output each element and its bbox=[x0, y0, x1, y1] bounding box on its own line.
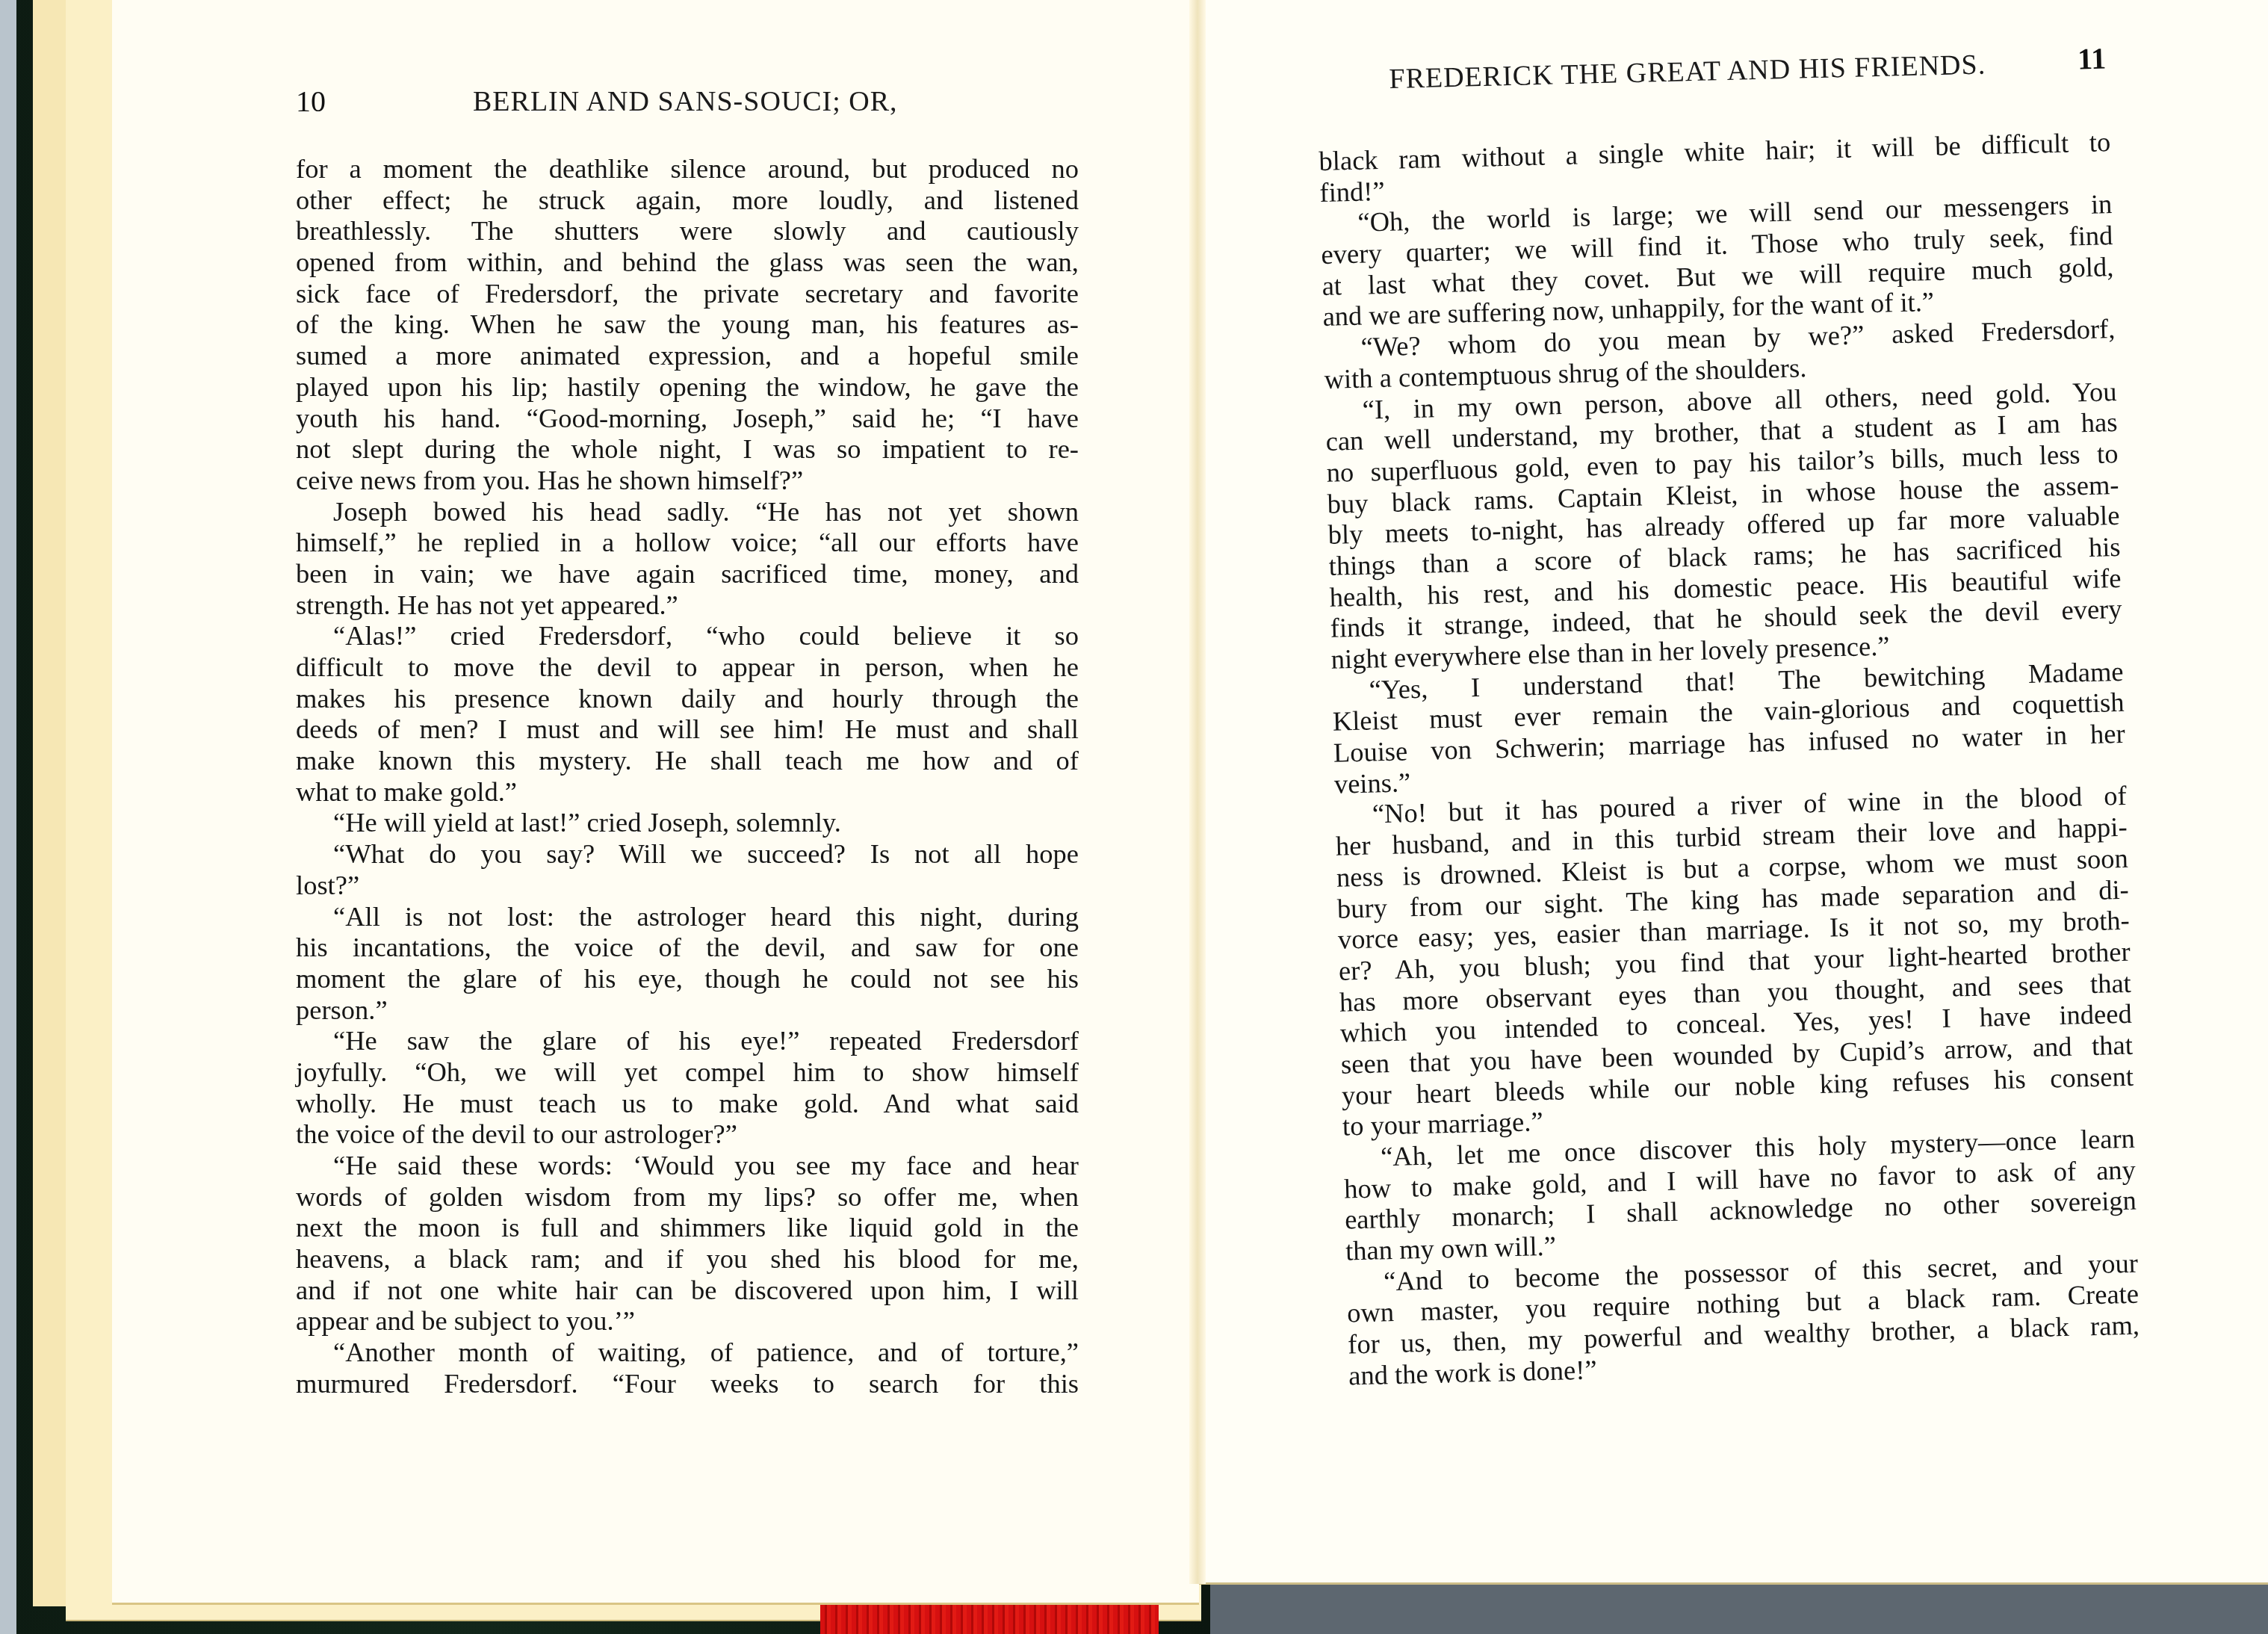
text-line: and if not one white hair can be discove… bbox=[296, 1275, 1079, 1306]
text-line: deeds of men? I must and will see him! H… bbox=[296, 714, 1079, 745]
text-line: “He said these words: ‘Would you see my … bbox=[296, 1150, 1079, 1181]
text-line: strength. He has not yet appeared.” bbox=[296, 589, 1079, 621]
text-line: words of golden wisdom from my lips? so … bbox=[296, 1181, 1079, 1213]
text-line: “Alas!” cried Fredersdorf, “who could be… bbox=[296, 620, 1079, 652]
text-line: breathlessly. The shutters were slowly a… bbox=[296, 215, 1079, 247]
text-line: moment the glare of his eye, though he c… bbox=[296, 963, 1079, 994]
text-line: youth his hand. “Good-morning, Joseph,” … bbox=[296, 403, 1079, 434]
text-line: ceive news from you. Has he shown himsel… bbox=[296, 465, 1079, 496]
text-line: played upon his lip; hastily opening the… bbox=[296, 371, 1079, 403]
text-line: “All is not lost: the astrologer heard t… bbox=[296, 901, 1079, 932]
text-line: of the king. When he saw the young man, … bbox=[296, 309, 1079, 340]
right-page-number: 11 bbox=[2078, 41, 2107, 77]
text-line: sumed a more animated expression, and a … bbox=[296, 340, 1079, 371]
text-line: not slept during the whole night, I was … bbox=[296, 433, 1079, 465]
text-line: make known this mystery. He shall teach … bbox=[296, 745, 1079, 776]
text-line: wholly. He must teach us to make gold. A… bbox=[296, 1088, 1079, 1119]
book-gutter bbox=[1189, 0, 1206, 1584]
text-line: his incantations, the voice of the devil… bbox=[296, 932, 1079, 963]
text-line: next the moon is full and shimmers like … bbox=[296, 1212, 1079, 1243]
text-line: makes his presence known daily and hourl… bbox=[296, 683, 1079, 714]
left-page-body: for a moment the deathlike silence aroun… bbox=[296, 153, 1079, 1399]
text-line: “Another month of waiting, of patience, … bbox=[296, 1337, 1079, 1368]
text-line: appear and be subject to you.’” bbox=[296, 1305, 1079, 1337]
left-page-number: 10 bbox=[296, 84, 326, 119]
text-line: person.” bbox=[296, 994, 1079, 1026]
text-line: difficult to move the devil to appear in… bbox=[296, 652, 1079, 683]
left-running-head: BERLIN AND SANS-SOUCI; OR, bbox=[473, 85, 898, 118]
scan-edge bbox=[0, 0, 16, 1634]
right-page-body: black ram without a single white hair; i… bbox=[1319, 126, 2140, 1391]
text-line: been in vain; we have again sacrificed t… bbox=[296, 558, 1079, 589]
text-line: heavens, a black ram; and if you shed hi… bbox=[296, 1243, 1079, 1275]
text-line: for a moment the deathlike silence aroun… bbox=[296, 153, 1079, 185]
text-line: what to make gold.” bbox=[296, 776, 1079, 808]
text-line: murmured Fredersdorf. “Four weeks to sea… bbox=[296, 1368, 1079, 1399]
text-line: himself,” he replied in a hollow voice; … bbox=[296, 527, 1079, 558]
text-line: joyfully. “Oh, we will yet compel him to… bbox=[296, 1056, 1079, 1088]
text-line: the voice of the devil to our astrologer… bbox=[296, 1118, 1079, 1150]
text-line: lost?” bbox=[296, 870, 1079, 901]
text-line: “He will yield at last!” cried Joseph, s… bbox=[296, 807, 1079, 838]
text-line: sick face of Fredersdorf, the private se… bbox=[296, 278, 1079, 309]
text-line: Joseph bowed his head sadly. “He has not… bbox=[296, 496, 1079, 527]
text-line: “He saw the glare of his eye!” repeated … bbox=[296, 1025, 1079, 1056]
text-line: opened from within, and behind the glass… bbox=[296, 247, 1079, 278]
text-line: “What do you say? Will we succeed? Is no… bbox=[296, 838, 1079, 870]
text-line: other effect; he struck again, more loud… bbox=[296, 185, 1079, 216]
